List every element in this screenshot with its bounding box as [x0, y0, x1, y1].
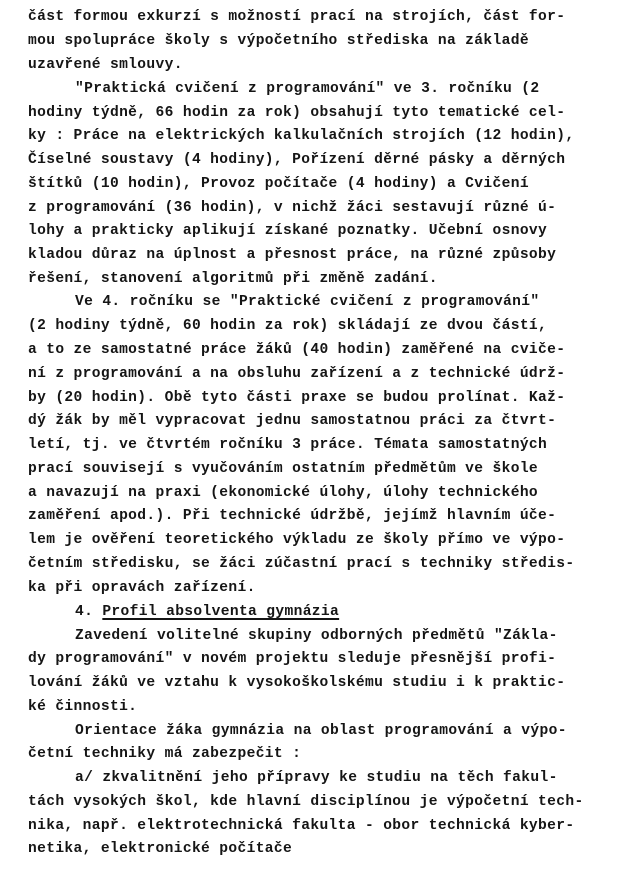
text-line: mou spolupráce školy s výpočetního střed…: [28, 32, 529, 50]
text-line: ní z programování a na obsluhu zařízení …: [28, 365, 565, 383]
paragraph-start-line: Ve 4. ročníku se "Praktické cvičení z pr…: [75, 293, 540, 311]
section-title: Profil absolventa gymnázia: [102, 604, 339, 620]
text-line: a navazují na praxi (ekonomické úlohy, ú…: [28, 484, 538, 502]
list-item-start-line: a/ zkvalitnění jeho přípravy ke studiu n…: [75, 769, 558, 787]
text-line: kladou důraz na úplnost a přesnost práce…: [28, 246, 556, 264]
text-line: nika, např. elektrotechnická fakulta - o…: [28, 817, 574, 835]
text-line: dý žák by měl vypracovat jednu samostatn…: [28, 412, 556, 430]
text-line: uzavřené smlouvy.: [28, 56, 183, 74]
text-line: lohy a prakticky aplikují získané poznat…: [28, 222, 547, 240]
text-line: dy programování" v novém projektu sleduj…: [28, 650, 556, 668]
paragraph-start-line: "Praktická cvičení z programování" ve 3.…: [75, 80, 540, 98]
text-line: hodiny týdně, 66 hodin za rok) obsahují …: [28, 104, 565, 122]
text-line: štítků (10 hodin), Provoz počítače (4 ho…: [28, 175, 529, 193]
text-line: lování žáků ve vztahu k vysokoškolskému …: [28, 674, 565, 692]
paragraph-start-line: Orientace žáka gymnázia na oblast progra…: [75, 722, 567, 740]
section-number: 4.: [75, 604, 93, 620]
text-line: část formou exkurzí s možností prací na …: [28, 8, 565, 26]
text-line: by (20 hodin). Obě tyto části praxe se b…: [28, 389, 565, 407]
text-line: netika, elektronické počítače: [28, 840, 292, 858]
section-heading: 4. Profil absolventa gymnázia: [75, 603, 339, 621]
text-line: ka při opravách zařízení.: [28, 579, 256, 597]
text-line: lem je ověření teoretického výkladu ze š…: [28, 531, 565, 549]
text-line: prací souvisejí s vyučováním ostatním př…: [28, 460, 538, 478]
text-line: řešení, stanovení algoritmů při změně za…: [28, 270, 438, 288]
text-line: zaměření apod.). Při technické údržbě, j…: [28, 507, 556, 525]
text-line: ky : Práce na elektrických kalkulačních …: [28, 127, 574, 145]
text-line: četní techniky má zabezpečit :: [28, 745, 301, 763]
text-line: a to ze samostatné práce žáků (40 hodin)…: [28, 341, 565, 359]
text-line: četním středisku, se žáci zúčastní prací…: [28, 555, 574, 573]
text-line: tách vysokých škol, kde hlavní disciplín…: [28, 793, 584, 811]
document-page: část formou exkurzí s možností prací na …: [0, 0, 624, 871]
paragraph-start-line: Zavedení volitelné skupiny odborných pře…: [75, 627, 558, 645]
text-line: Číselné soustavy (4 hodiny), Pořízení dě…: [28, 151, 565, 169]
text-line: letí, tj. ve čtvrtém ročníku 3 práce. Té…: [28, 436, 547, 454]
text-line: (2 hodiny týdně, 60 hodin za rok) skláda…: [28, 317, 547, 335]
text-line: z programování (36 hodin), v nichž žáci …: [28, 199, 556, 217]
text-line: ké činnosti.: [28, 698, 137, 716]
